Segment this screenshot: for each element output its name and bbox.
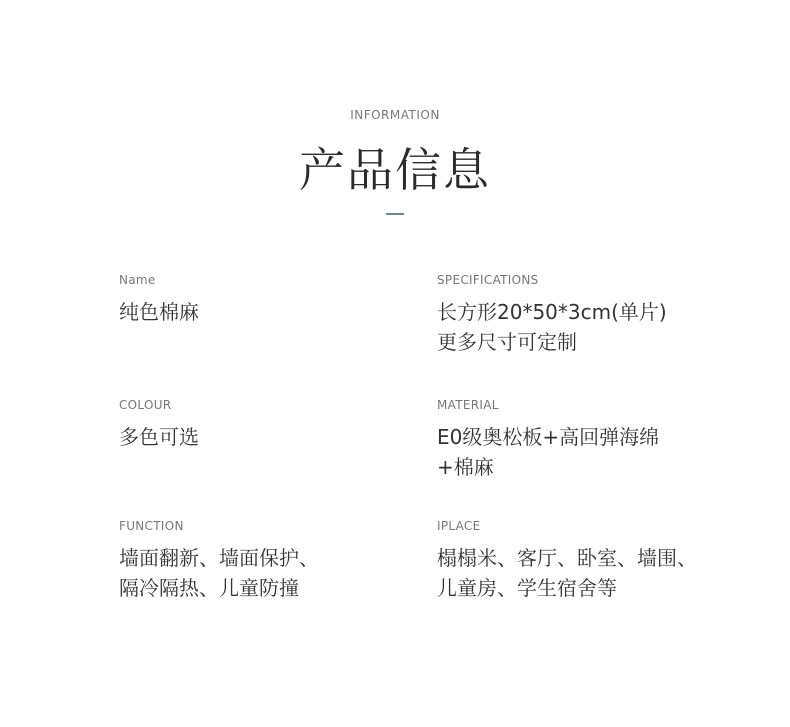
field-value-line: 榻榻米、客厅、卧室、墙围、	[437, 543, 697, 573]
field-label: SPECIFICATIONS	[437, 273, 667, 287]
field-value-line: 儿童房、学生宿舍等	[437, 573, 697, 603]
field-label: COLOUR	[119, 398, 199, 412]
field-label: MATERIAL	[437, 398, 659, 412]
field-value: 多色可选	[119, 422, 199, 452]
title-divider	[386, 213, 404, 215]
field-value-line: E0级奥松板+高回弹海绵	[437, 422, 659, 452]
field-specifications: SPECIFICATIONS 长方形20*50*3cm(单片) 更多尺寸可定制	[437, 273, 667, 357]
field-value-line: 墙面翻新、墙面保护、	[119, 543, 319, 573]
field-iplace: IPLACE 榻榻米、客厅、卧室、墙围、 儿童房、学生宿舍等	[437, 519, 697, 603]
field-label: Name	[119, 273, 199, 287]
field-function: FUNCTION 墙面翻新、墙面保护、 隔冷隔热、儿童防撞	[119, 519, 319, 603]
field-value-line: 隔冷隔热、儿童防撞	[119, 573, 319, 603]
field-value-line: 长方形20*50*3cm(单片)	[437, 297, 667, 327]
section-eyebrow: INFORMATION	[0, 108, 790, 122]
page-title: 产品信息	[0, 134, 790, 200]
field-material: MATERIAL E0级奥松板+高回弹海绵 +棉麻	[437, 398, 659, 482]
field-value-line: 更多尺寸可定制	[437, 327, 667, 357]
field-colour: COLOUR 多色可选	[119, 398, 199, 452]
field-value-line: +棉麻	[437, 452, 659, 482]
field-name: Name 纯色棉麻	[119, 273, 199, 327]
field-label: FUNCTION	[119, 519, 319, 533]
field-label: IPLACE	[437, 519, 697, 533]
field-value: 纯色棉麻	[119, 297, 199, 327]
